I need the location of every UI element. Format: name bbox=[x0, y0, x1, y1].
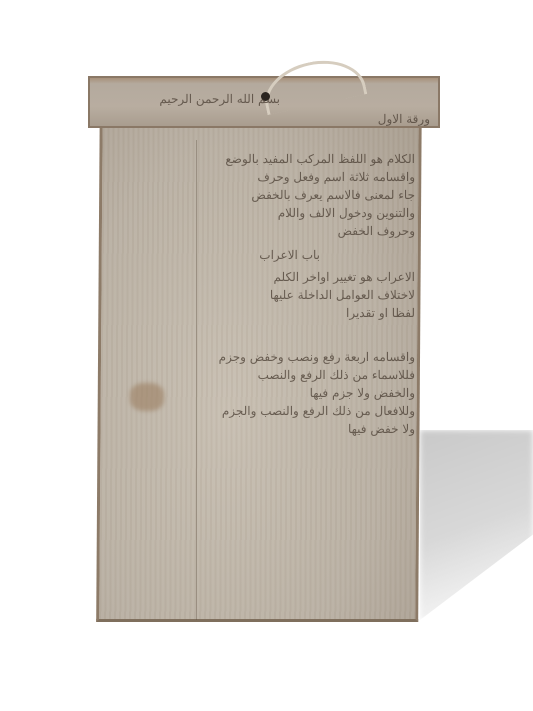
image-caption: Wooden writing board with Arabic script bbox=[0, 0, 1, 1]
script-line: بسم الله الرحمن الرحيم bbox=[140, 92, 280, 106]
script-line: والخفض ولا جزم فيها bbox=[115, 386, 415, 400]
script-line: ورقة الاول bbox=[340, 112, 430, 126]
script-line: ولا خفض فيها bbox=[115, 422, 415, 436]
script-line: باب الاعراب bbox=[240, 248, 320, 262]
script-line: وللافعال من ذلك الرفع والنصب والجزم bbox=[115, 404, 415, 418]
script-line: واقسامه اربعة رفع ونصب وخفض وجزم bbox=[115, 350, 415, 364]
script-line: واقسامه ثلاثة اسم وفعل وحرف bbox=[115, 170, 415, 184]
drop-shadow bbox=[420, 430, 533, 620]
script-line: وحروف الخفض bbox=[115, 224, 415, 238]
script-line: لفظا او تقديرا bbox=[115, 306, 415, 320]
script-line: فللاسماء من ذلك الرفع والنصب bbox=[115, 368, 415, 382]
script-line: والتنوين ودخول الالف واللام bbox=[115, 206, 415, 220]
script-line: لاختلاف العوامل الداخلة عليها bbox=[115, 288, 415, 302]
script-line: الكلام هو اللفظ المركب المفيد بالوضع bbox=[115, 152, 415, 166]
script-line: الاعراب هو تغيير اواخر الكلم bbox=[115, 270, 415, 284]
script-line: جاء لمعنى فالاسم يعرف بالخفض bbox=[115, 188, 415, 202]
